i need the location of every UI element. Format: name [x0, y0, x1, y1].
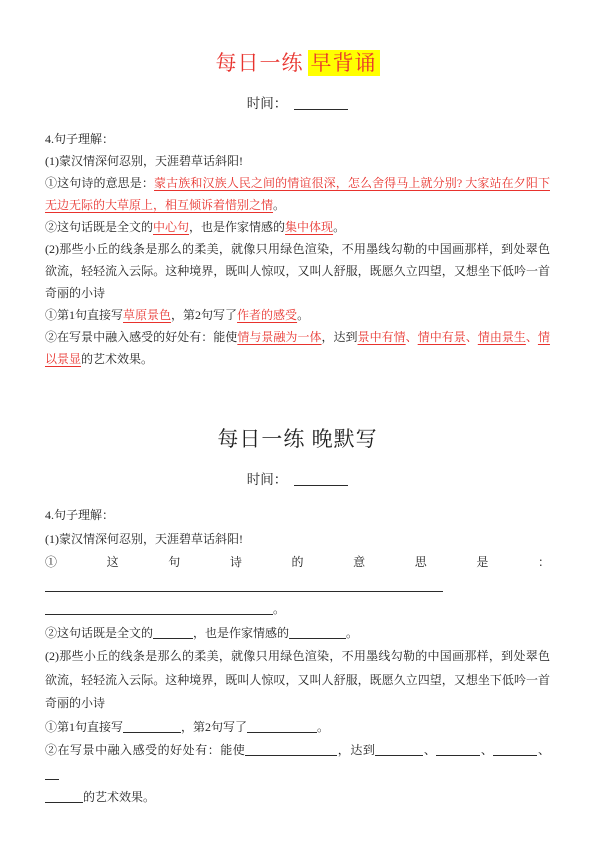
answer-blank — [247, 721, 317, 733]
answer-text: 作者的感受 — [237, 308, 297, 322]
answer-text: 集中体现 — [285, 220, 333, 234]
paragraph: 。 — [45, 598, 550, 622]
paragraph: 4.句子理解： — [45, 504, 550, 528]
question-text: 的艺术效果。 — [83, 790, 155, 804]
answer-blank — [123, 721, 181, 733]
paragraph: ②在写景中融入感受的好处有：能使情与景融为一体，达到景中有情、情中有景、情由景生… — [45, 326, 550, 370]
evening-time-line: 时间： — [45, 471, 550, 489]
time-label: 时间： — [247, 96, 288, 111]
worksheet-page: 每日一练早背诵 时间： 4.句子理解：(1)蒙汉情深何忍别，天涯碧草话斜阳!①这… — [0, 0, 595, 842]
question-text: 的艺术效果。 — [81, 352, 153, 366]
question-text: 4.句子理解： — [45, 508, 114, 522]
answer-text: 草原景色 — [123, 308, 171, 322]
answer-text: 情由景生 — [478, 330, 526, 344]
answer-blank — [375, 744, 423, 756]
paragraph: 的艺术效果。 — [45, 786, 550, 810]
question-text: 、 — [480, 743, 493, 757]
answer-blank — [289, 627, 346, 639]
evening-body: 4.句子理解：(1)蒙汉情深何忍别，天涯碧草话斜阳!①这句诗的意思是：。②这句话… — [45, 504, 550, 810]
evening-title: 每日一练 晚默写 — [45, 424, 550, 454]
question-text: ，也是作家情感的 — [189, 220, 285, 234]
separator-text: 、 — [466, 330, 478, 344]
question-text: (2)那些小丘的线条是那么的柔美，就像只用绿色渲染，不用墨线勾勒的中国画那样，到… — [45, 649, 550, 710]
answer-blank — [493, 744, 537, 756]
answer-blank — [45, 768, 59, 780]
question-text: ①第1句直接写 — [45, 308, 123, 322]
paragraph: (2)那些小丘的线条是那么的柔美，就像只用绿色渲染，不用墨线勾勒的中国画那样，到… — [45, 238, 550, 304]
question-text: ，达到 — [322, 330, 358, 344]
question-text: ②在写景中融入感受的好处有：能使 — [45, 743, 245, 757]
separator-text: 、 — [526, 330, 538, 344]
answer-text: 情中有景 — [418, 330, 466, 344]
paragraph: ②这句话既是全文的中心句，也是作家情感的集中体现。 — [45, 216, 550, 238]
question-text: ①这句诗的意思是： — [45, 176, 154, 190]
title-text: 每日一练 — [216, 51, 304, 75]
paragraph: ②在写景中融入感受的好处有：能使，达到、、、 — [45, 739, 550, 786]
morning-title: 每日一练早背诵 — [45, 48, 550, 78]
answer-text: 情与景融为一体 — [237, 330, 321, 344]
answer-blank — [245, 744, 337, 756]
section-morning-recitation: 每日一练早背诵 时间： 4.句子理解：(1)蒙汉情深何忍别，天涯碧草话斜阳!①这… — [45, 48, 550, 370]
answer-blank — [45, 580, 443, 592]
question-text: (1)蒙汉情深何忍别，天涯碧草话斜阳! — [45, 532, 243, 546]
question-text: ①第1句直接写 — [45, 720, 123, 734]
answer-text: 中心句 — [153, 220, 189, 234]
question-text: (2)那些小丘的线条是那么的柔美，就像只用绿色渲染，不用墨线勾勒的中国画那样，到… — [45, 242, 550, 300]
morning-body: 4.句子理解：(1)蒙汉情深何忍别，天涯碧草话斜阳!①这句诗的意思是：蒙古族和汉… — [45, 128, 550, 370]
answer-blank — [45, 791, 83, 803]
question-text: ②这句话既是全文的 — [45, 626, 153, 640]
answer-blank — [153, 627, 193, 639]
paragraph: (2)那些小丘的线条是那么的柔美，就像只用绿色渲染，不用墨线勾勒的中国画那样，到… — [45, 645, 550, 716]
paragraph: (1)蒙汉情深何忍别，天涯碧草话斜阳! — [45, 528, 550, 552]
question-text: 。 — [317, 720, 329, 734]
answer-blank — [436, 744, 480, 756]
paragraph: (1)蒙汉情深何忍别，天涯碧草话斜阳! — [45, 150, 550, 172]
time-blank — [294, 473, 348, 486]
question-text: ，也是作家情感的 — [193, 626, 289, 640]
question-text: 。 — [333, 220, 345, 234]
paragraph: ②这句话既是全文的，也是作家情感的。 — [45, 622, 550, 646]
paragraph: 4.句子理解： — [45, 128, 550, 150]
question-text: 。 — [273, 198, 285, 212]
time-blank — [294, 97, 348, 110]
question-text: 4.句子理解： — [45, 132, 114, 146]
question-text: ②这句话既是全文的 — [45, 220, 153, 234]
morning-time-line: 时间： — [45, 95, 550, 113]
time-label: 时间： — [247, 472, 288, 487]
question-text: ②在写景中融入感受的好处有：能使 — [45, 330, 237, 344]
question-text: 。 — [273, 602, 285, 616]
question-text: 。 — [297, 308, 309, 322]
paragraph: ①第1句直接写草原景色，第2句写了作者的感受。 — [45, 304, 550, 326]
paragraph: ①这句诗的意思是： — [45, 551, 550, 598]
answer-blank — [45, 603, 273, 615]
section-evening-dictation: 每日一练 晚默写 时间： 4.句子理解：(1)蒙汉情深何忍别，天涯碧草话斜阳!①… — [45, 424, 550, 810]
paragraph: ①这句诗的意思是：蒙古族和汉族人民之间的情谊很深，怎么舍得马上就分别? 大家站在… — [45, 172, 550, 216]
paragraph: ①第1句直接写，第2句写了。 — [45, 716, 550, 740]
title-text: 每日一练 晚默写 — [217, 427, 377, 451]
question-text: ①这句诗的意思是： — [45, 555, 550, 569]
question-text: 、 — [537, 743, 550, 757]
answer-text: 景中有情 — [358, 330, 406, 344]
question-text: 。 — [346, 626, 358, 640]
separator-text: 、 — [406, 330, 418, 344]
question-text: 、 — [423, 743, 436, 757]
question-text: ，第2句写了 — [171, 308, 237, 322]
question-text: (1)蒙汉情深何忍别，天涯碧草话斜阳! — [45, 154, 243, 168]
question-text: ，达到 — [337, 743, 375, 757]
question-text: ，第2句写了 — [181, 720, 247, 734]
title-text: 早背诵 — [308, 50, 380, 76]
